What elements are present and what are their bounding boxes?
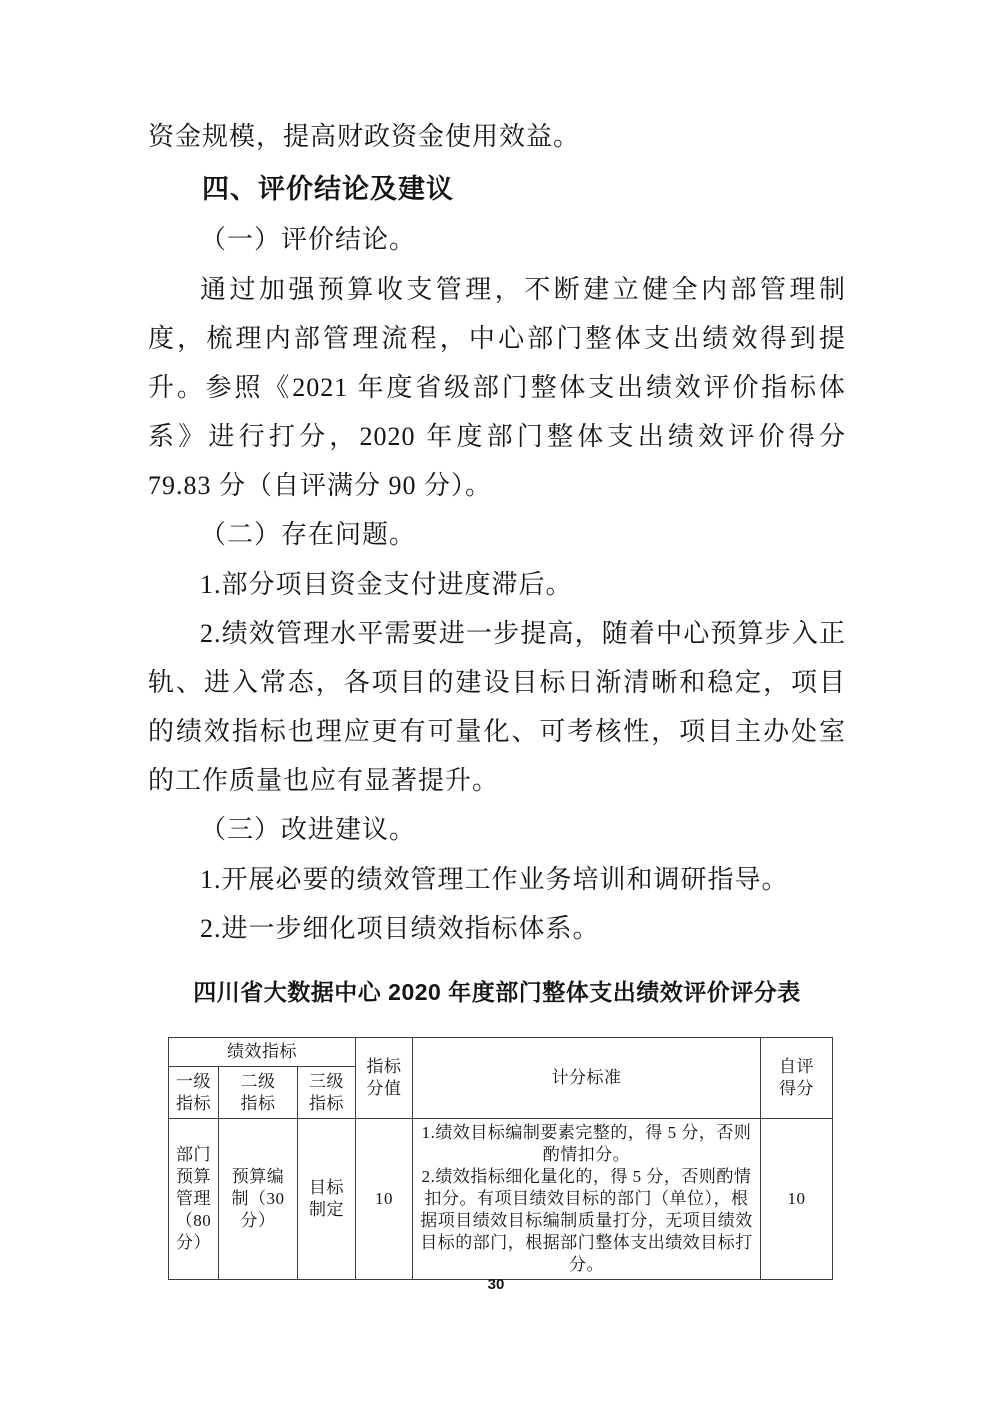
cell-indicator-score: 10: [356, 1119, 413, 1280]
suggestion-item-2: 2.进一步细化项目绩效指标体系。: [148, 904, 846, 953]
suggestion-item-1: 1.开展必要的绩效管理工作业务培训和调研指导。: [148, 855, 846, 904]
header-level2: 二级 指标: [219, 1067, 298, 1119]
score-table-title: 四川省大数据中心 2020 年度部门整体支出绩效评价评分表: [148, 977, 846, 1007]
cell-criteria: 1.绩效目标编制要素完整的，得 5 分，否则酌情扣分。 2.绩效指标细化量化的，…: [413, 1119, 761, 1280]
header-scoring-criteria: 计分标准: [413, 1038, 761, 1119]
header-level3: 三级 指标: [298, 1067, 356, 1119]
conclusion-paragraph: 通过加强预算收支管理，不断建立健全内部管理制度，梳理内部管理流程，中心部门整体支…: [148, 265, 846, 510]
header-indicator-score: 指标 分值: [356, 1038, 413, 1119]
header-self-score: 自评 得分: [761, 1038, 833, 1119]
sub-heading-3: （三）改进建议。: [148, 805, 846, 855]
header-level1: 一级 指标: [169, 1067, 219, 1119]
intro-line: 资金规模，提高财政资金使用效益。: [148, 112, 846, 161]
header-indicator-group: 绩效指标: [169, 1038, 356, 1067]
score-table-header: 绩效指标 指标 分值 计分标准 自评 得分 一级 指标 二级 指标 三级 指标: [169, 1038, 833, 1119]
document-content: 资金规模，提高财政资金使用效益。 四、评价结论及建议 （一）评价结论。 通过加强…: [148, 112, 846, 1280]
sub-heading-1: （一）评价结论。: [148, 215, 846, 265]
cell-level2: 预算编 制（30 分）: [219, 1119, 298, 1280]
section-heading-4: 四、评价结论及建议: [148, 163, 846, 215]
cell-level1: 部门 预算 管理 （80 分）: [169, 1119, 219, 1280]
problem-item-1: 1.部分项目资金支付进度滞后。: [148, 560, 846, 609]
sub-heading-2: （二）存在问题。: [148, 510, 846, 560]
cell-level3: 目标 制定: [298, 1119, 356, 1280]
cell-self-score: 10: [761, 1119, 833, 1280]
document-page: 资金规模，提高财政资金使用效益。 四、评价结论及建议 （一）评价结论。 通过加强…: [0, 0, 992, 1403]
score-table: 绩效指标 指标 分值 计分标准 自评 得分 一级 指标 二级 指标 三级 指标 …: [168, 1037, 833, 1280]
table-row: 部门 预算 管理 （80 分） 预算编 制（30 分） 目标 制定 10 1.绩…: [169, 1119, 833, 1280]
page-number: 30: [0, 1276, 992, 1293]
problem-item-2: 2.绩效管理水平需要进一步提高，随着中心预算步入正轨、进入常态，各项目的建设目标…: [148, 609, 846, 805]
